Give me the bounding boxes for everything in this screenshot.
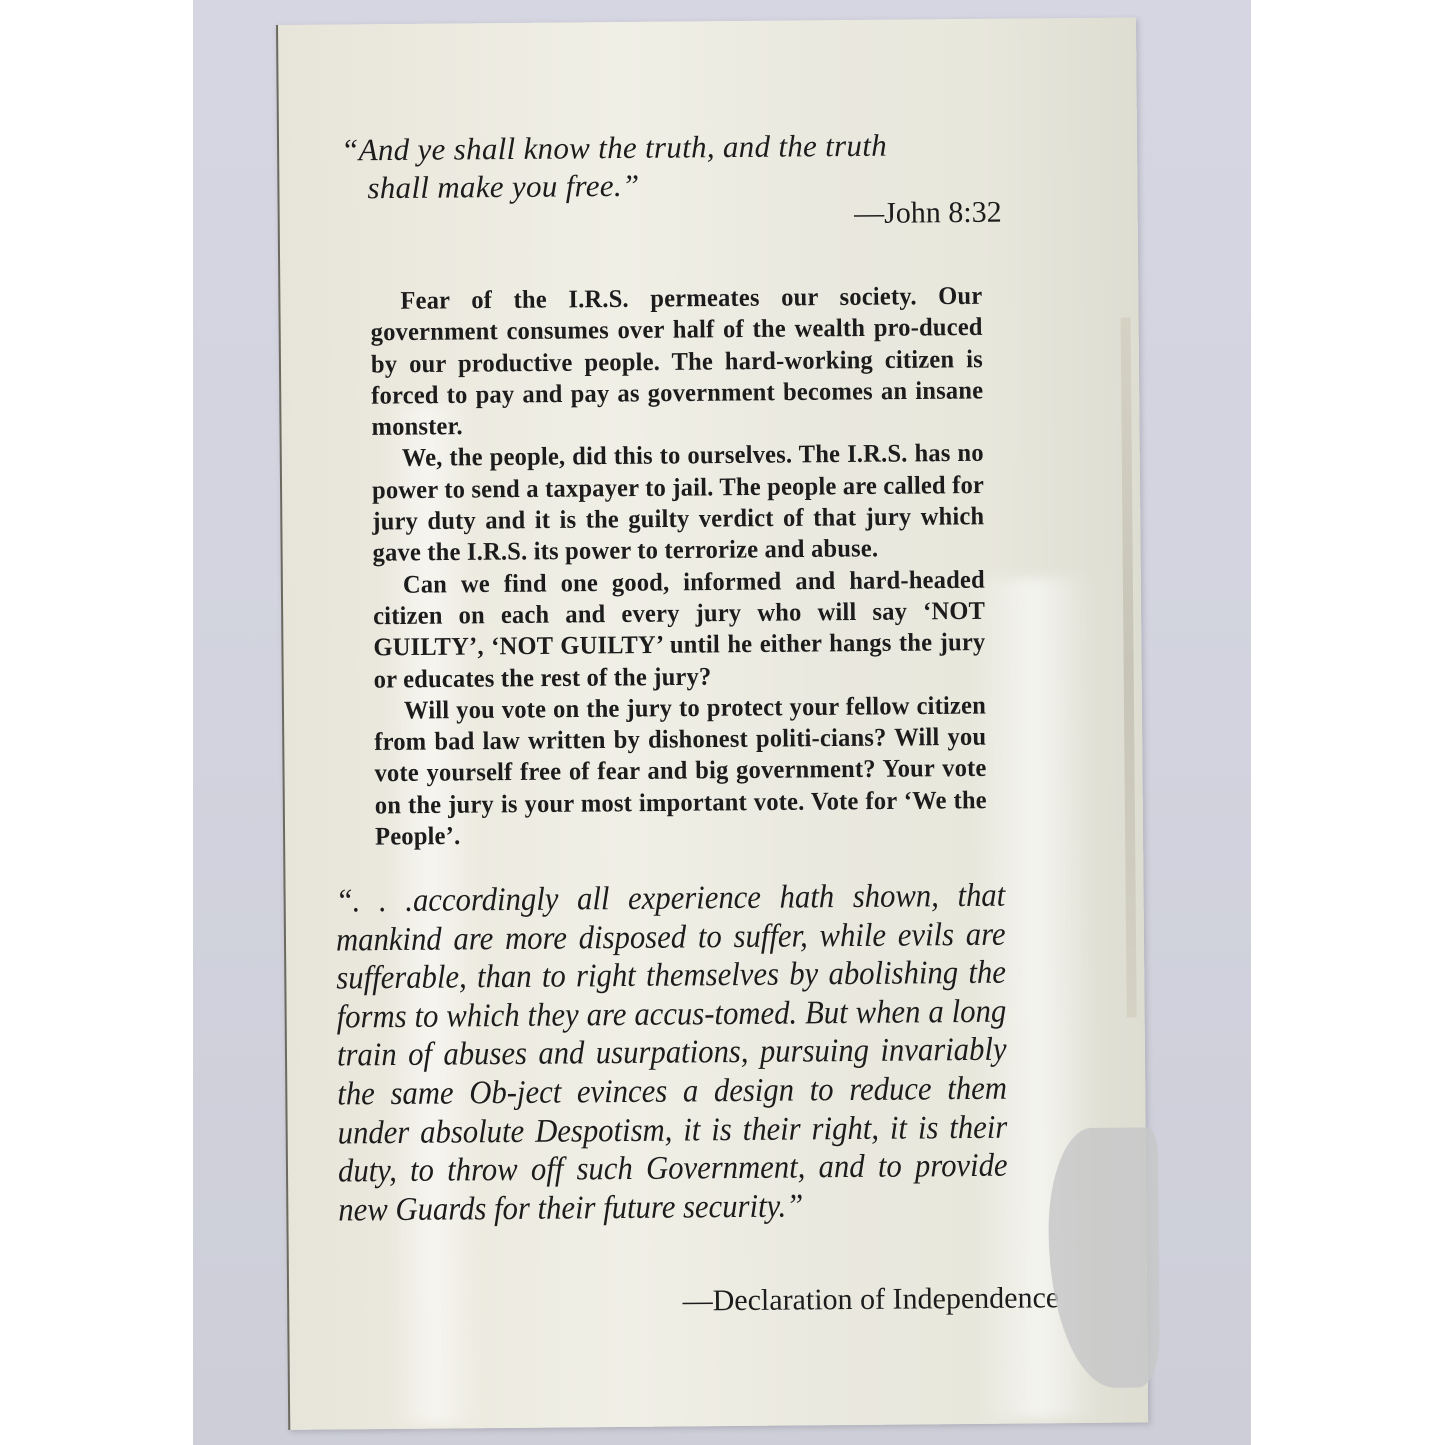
epigraph-quote: “And ye shall know the truth, and the tr… bbox=[341, 126, 1002, 208]
blurb-paragraph: Can we find one good, informed and hard-… bbox=[373, 564, 986, 695]
epigraph-line-1: “And ye shall know the truth, and the tr… bbox=[341, 128, 887, 168]
cover-edge-wear bbox=[1121, 318, 1137, 1018]
blurb-paragraph: Will you vote on the jury to protect you… bbox=[374, 690, 987, 853]
epigraph-attribution: —John 8:32 bbox=[710, 196, 1002, 233]
blurb-paragraph: We, the people, did this to ourselves. T… bbox=[372, 438, 985, 569]
blurb-body: Fear of the I.R.S. permeates our society… bbox=[370, 281, 987, 853]
book-back-cover: “And ye shall know the truth, and the tr… bbox=[276, 17, 1148, 1429]
closing-quote-attribution: —Declaration of Independence bbox=[489, 1281, 1059, 1320]
closing-quote: “. . .accordingly all experience hath sh… bbox=[335, 877, 1008, 1230]
blurb-paragraph: Fear of the I.R.S. permeates our society… bbox=[370, 281, 983, 444]
